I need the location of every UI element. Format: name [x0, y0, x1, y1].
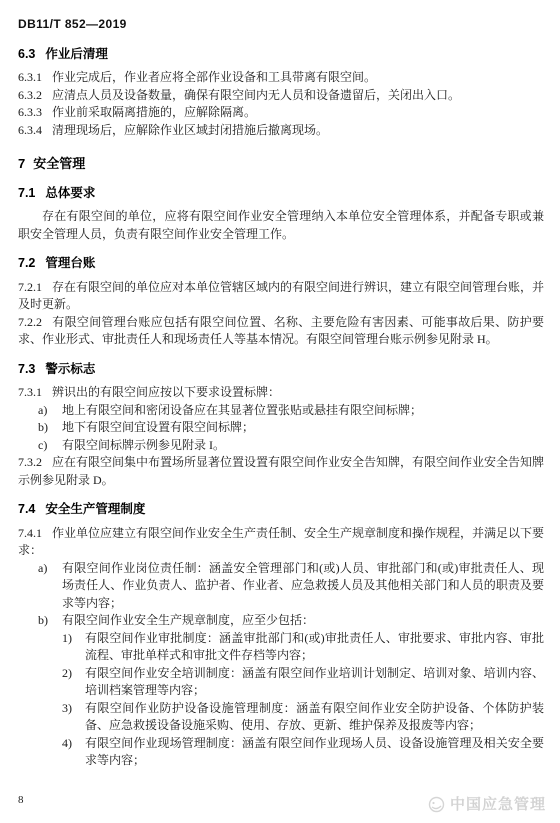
list-marker: 2) [62, 665, 72, 683]
section-title: 管理台账 [45, 256, 95, 270]
list-marker: 1) [62, 630, 72, 648]
list-item-text: 有限空间标牌示例参见附录 I。 [62, 438, 225, 452]
section-heading: 7.2管理台账 [18, 255, 544, 273]
clause: 6.3.2应清点人员及设备数量，确保有限空间内无人员和设备遗留后，关闭出入口。 [18, 87, 544, 105]
chapter-heading: 7安全管理 [18, 155, 544, 173]
list-item: 2)有限空间作业安全培训制度：涵盖有限空间作业培训计划制定、培训对象、培训内容、… [18, 665, 544, 700]
clause: 7.3.2应在有限空间集中布置场所显著位置设置有限空间作业安全告知牌，有限空间作… [18, 454, 544, 489]
clause-text: 清理现场后，应解除作业区域封闭措施后撤离现场。 [52, 123, 328, 137]
clause: 6.3.3作业前采取隔离措施的，应解除隔离。 [18, 104, 544, 122]
section-number: 6.3 [18, 47, 35, 61]
clause-text: 作业前采取隔离措施的，应解除隔离。 [52, 105, 256, 119]
clause: 6.3.1作业完成后，作业者应将全部作业设备和工具带离有限空间。 [18, 69, 544, 87]
list-marker: b) [38, 419, 48, 437]
section-number: 7.3 [18, 362, 35, 376]
clause-number: 7.3.2 [18, 455, 42, 469]
section-heading: 6.3作业后清理 [18, 46, 544, 64]
list-item-text: 有限空间作业审批制度：涵盖审批部门和(或)审批责任人、审批要求、审批内容、审批流… [85, 631, 544, 663]
clause-number: 6.3.2 [18, 88, 42, 102]
clause-number: 7.2.2 [18, 315, 42, 329]
list-item: 1)有限空间作业审批制度：涵盖审批部门和(或)审批责任人、审批要求、审批内容、审… [18, 630, 544, 665]
list-marker: a) [38, 402, 47, 420]
section-number: 7.1 [18, 186, 35, 200]
list-item-text: 有限空间作业安全生产规章制度，应至少包括： [62, 613, 314, 627]
clause-number: 7.2.1 [18, 280, 42, 294]
list-item: b)有限空间作业安全生产规章制度，应至少包括： [18, 612, 544, 630]
document-page: DB11/T 852—2019 6.3作业后清理 6.3.1作业完成后，作业者应… [0, 0, 560, 823]
clause: 6.3.4清理现场后，应解除作业区域封闭措施后撤离现场。 [18, 122, 544, 140]
list-item-text: 有限空间作业防护设备设施管理制度：涵盖有限空间作业安全防护设备、个体防护装备、应… [85, 701, 544, 733]
section-heading: 7.1总体要求 [18, 185, 544, 203]
list-marker: c) [38, 437, 47, 455]
list-marker: 3) [62, 700, 72, 718]
chapter-title: 安全管理 [33, 156, 85, 171]
section-title: 安全生产管理制度 [45, 502, 145, 516]
list-item: a)有限空间作业岗位责任制：涵盖安全管理部门和(或)人员、审批部门和(或)审批责… [18, 560, 544, 613]
list-item: 3)有限空间作业防护设备设施管理制度：涵盖有限空间作业安全防护设备、个体防护装备… [18, 700, 544, 735]
watermark: 中国应急管理 [428, 796, 546, 814]
watermark-label: 中国应急管理 [450, 796, 546, 814]
clause-text: 辨识出的有限空间应按以下要求设置标牌： [52, 385, 280, 399]
clause: 7.4.1作业单位应建立有限空间作业安全生产责任制、安全生产规章制度和操作规程，… [18, 525, 544, 560]
clause-text: 应在有限空间集中布置场所显著位置设置有限空间作业安全告知牌，有限空间作业安全告知… [18, 455, 544, 487]
list-item: c)有限空间标牌示例参见附录 I。 [18, 437, 544, 455]
list-marker: b) [38, 612, 48, 630]
clause-number: 7.3.1 [18, 385, 42, 399]
clause-text: 存在有限空间的单位应对本单位管辖区域内的有限空间进行辨识，建立有限空间管理台账，… [18, 280, 544, 312]
clause-number: 6.3.1 [18, 70, 42, 84]
section-heading: 7.4安全生产管理制度 [18, 501, 544, 519]
section-title: 总体要求 [45, 186, 95, 200]
clause-text: 有限空间管理台账应包括有限空间位置、名称、主要危险有害因素、可能事故后果、防护要… [18, 315, 544, 347]
clause-text: 应清点人员及设备数量，确保有限空间内无人员和设备遗留后，关闭出入口。 [52, 88, 460, 102]
clause: 7.2.2有限空间管理台账应包括有限空间位置、名称、主要危险有害因素、可能事故后… [18, 314, 544, 349]
section-title: 警示标志 [45, 362, 95, 376]
paragraph: 存在有限空间的单位，应将有限空间作业安全管理纳入本单位安全管理体系，并配备专职或… [18, 208, 544, 243]
document-code-header: DB11/T 852—2019 [18, 16, 544, 34]
list-item-text: 有限空间作业现场管理制度：涵盖有限空间作业现场人员、设备设施管理及相关安全要求等… [85, 736, 544, 768]
list-marker: a) [38, 560, 47, 578]
list-item: 4)有限空间作业现场管理制度：涵盖有限空间作业现场人员、设备设施管理及相关安全要… [18, 735, 544, 770]
list-item-text: 地下有限空间宜设置有限空间标牌； [62, 420, 254, 434]
clause: 7.2.1存在有限空间的单位应对本单位管辖区域内的有限空间进行辨识，建立有限空间… [18, 279, 544, 314]
section-number: 7.2 [18, 256, 35, 270]
emergency-management-logo-icon [428, 796, 445, 813]
list-marker: 4) [62, 735, 72, 753]
clause: 7.3.1辨识出的有限空间应按以下要求设置标牌： [18, 384, 544, 402]
section-heading: 7.3警示标志 [18, 361, 544, 379]
list-item-text: 有限空间作业岗位责任制：涵盖安全管理部门和(或)人员、审批部门和(或)审批责任人… [62, 561, 544, 610]
page-number: 8 [18, 792, 24, 810]
clause-number: 7.4.1 [18, 526, 42, 540]
section-title: 作业后清理 [45, 47, 108, 61]
clause-number: 6.3.4 [18, 123, 42, 137]
chapter-number: 7 [18, 156, 25, 171]
list-item-text: 有限空间作业安全培训制度：涵盖有限空间作业培训计划制定、培训对象、培训内容、培训… [85, 666, 544, 698]
clause-text: 作业完成后，作业者应将全部作业设备和工具带离有限空间。 [52, 70, 376, 84]
clause-number: 6.3.3 [18, 105, 42, 119]
list-item-text: 地上有限空间和密闭设备应在其显著位置张贴或悬挂有限空间标牌； [62, 403, 422, 417]
clause-text: 作业单位应建立有限空间作业安全生产责任制、安全生产规章制度和操作规程，并满足以下… [18, 526, 544, 558]
list-item: b)地下有限空间宜设置有限空间标牌； [18, 419, 544, 437]
section-number: 7.4 [18, 502, 35, 516]
list-item: a)地上有限空间和密闭设备应在其显著位置张贴或悬挂有限空间标牌； [18, 402, 544, 420]
